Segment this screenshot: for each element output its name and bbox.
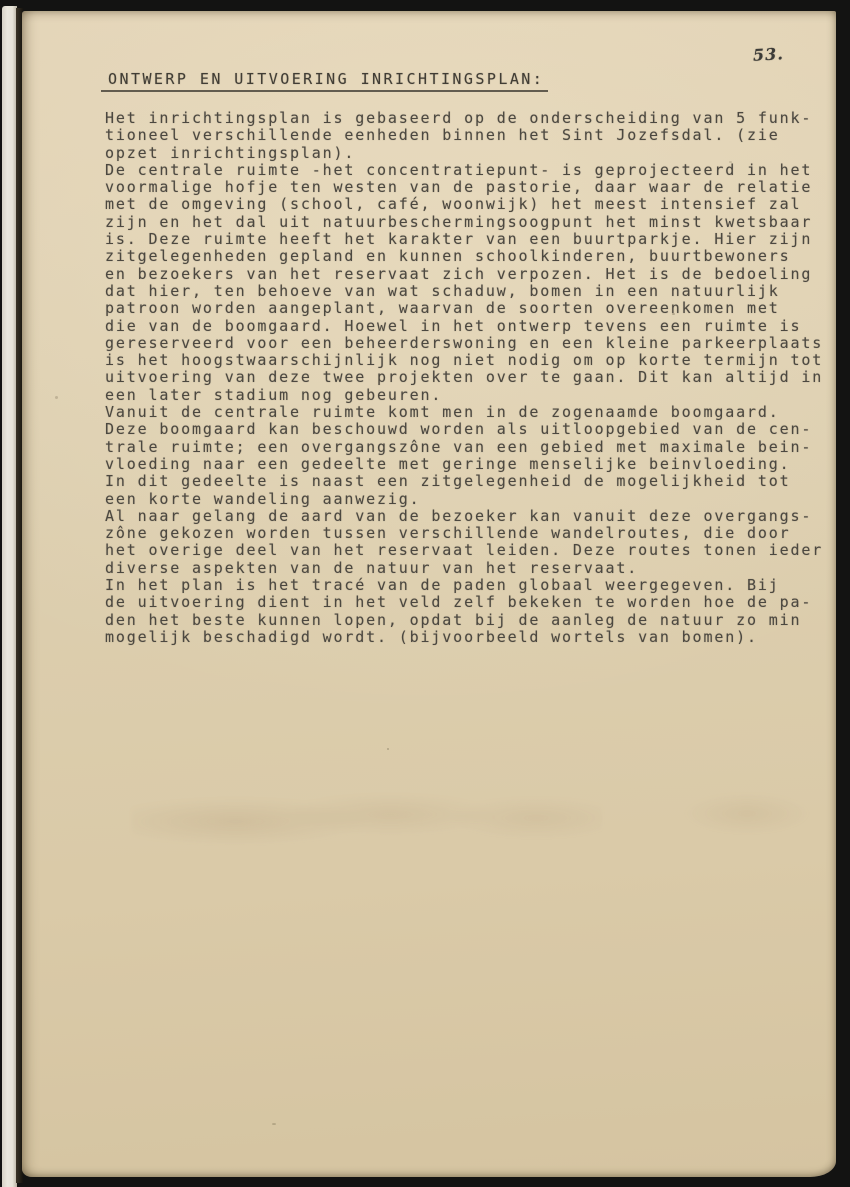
paper-speck bbox=[672, 313, 675, 315]
paper-speck bbox=[55, 396, 58, 399]
ink-bleed-through bbox=[132, 783, 602, 853]
document-body-text: Het inrichtingsplan is gebaseerd op de o… bbox=[105, 110, 827, 646]
scanned-document: 53. ONTWERP EN UITVOERING INRICHTINGSPLA… bbox=[0, 0, 850, 1187]
ink-bleed-through bbox=[662, 786, 832, 841]
paper-speck bbox=[729, 161, 732, 163]
document-page: 53. ONTWERP EN UITVOERING INRICHTINGSPLA… bbox=[22, 11, 836, 1177]
document-title: ONTWERP EN UITVOERING INRICHTINGSPLAN: bbox=[101, 70, 548, 92]
paper-speck bbox=[387, 748, 389, 750]
underlying-page-edge bbox=[2, 6, 17, 1187]
page-number: 53. bbox=[753, 44, 785, 65]
paper-speck bbox=[272, 1123, 276, 1125]
